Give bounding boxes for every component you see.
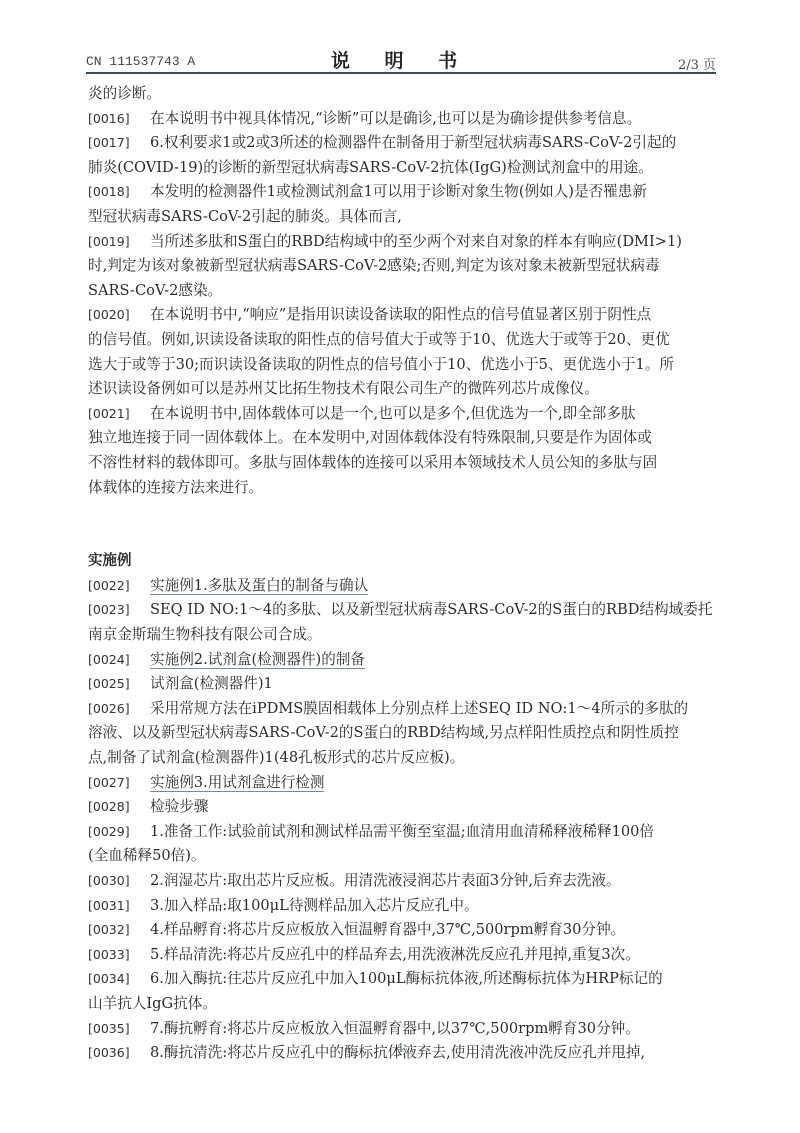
paragraph-text: 体载体的连接方法来进行。 <box>88 479 263 496</box>
paragraph-line: 6.加入酶抗:往芯片反应孔中加入100μL酶标抗体液,所述酶标抗体为HRP标记的 <box>88 967 716 992</box>
document-body: 炎的诊断。 [0016]在本说明书中视具体情况,“诊断”可以是确诊,也可以是为确… <box>88 82 716 1066</box>
paragraph-text: 4.样品孵育:将芯片反应板放入恒温孵育器中,37℃,500rpm孵育30分钟。 <box>150 921 625 938</box>
paragraph-line: 选大于或等于30;而识读设备读取的阴性点的信号值小于10、优选小于5、更优选小于… <box>88 353 716 378</box>
paragraph-text: 溶液、以及新型冠状病毒SARS-CoV-2的S蛋白的RBD结构域,另点样阳性质控… <box>88 724 679 741</box>
paragraph: [0033]5.样品清洗:将芯片反应孔中的样品弃去,用洗液淋洗反应孔并甩掉,重复… <box>88 943 716 968</box>
example-heading: 实施例3.用试剂盒进行检测 <box>150 774 324 791</box>
paragraph: [0016]在本说明书中视具体情况,“诊断”可以是确诊,也可以是为确诊提供参考信… <box>88 107 716 132</box>
paragraph-line: 本发明的检测器件1或检测试剂盒1可以用于诊断对象生物(例如人)是否罹患新 <box>88 180 716 205</box>
paragraph-text: 在本说明书中,固体载体可以是一个,也可以是多个,但优选为一个,即全部多肽 <box>150 405 636 422</box>
paragraph-line: 山羊抗人IgG抗体。 <box>88 992 716 1017</box>
paragraph-line: 7.酶抗孵育:将芯片反应板放入恒温孵育器中,以37℃,500rpm孵育30分钟。 <box>88 1017 716 1042</box>
paragraph-line: 在本说明书中,“响应”是指用识读设备读取的阳性点的信号值显著区别于阴性点 <box>88 303 716 328</box>
paragraph-text: 本发明的检测器件1或检测试剂盒1可以用于诊断对象生物(例如人)是否罹患新 <box>150 183 647 200</box>
paragraph: [0018]本发明的检测器件1或检测试剂盒1可以用于诊断对象生物(例如人)是否罹… <box>88 180 716 229</box>
paragraph-line: 时,判定为该对象被新型冠状病毒SARS-CoV-2感染;否则,判定为该对象未被新… <box>88 254 716 279</box>
paragraph-line: (全血稀释50倍)。 <box>88 844 716 869</box>
paragraph-line: 肺炎(COVID-19)的诊断的新型冠状病毒SARS-CoV-2抗体(IgG)检… <box>88 156 716 181</box>
paragraph-text: 选大于或等于30;而识读设备读取的阴性点的信号值小于10、优选小于5、更优选小于… <box>88 356 674 373</box>
paragraph-line: 1.准备工作:试验前试剂和测试样品需平衡至室温;血清用血清稀释液稀释100倍 <box>88 820 716 845</box>
paragraph: [0030]2.润湿芯片:取出芯片反应板。用清洗液浸润芯片表面3分钟,后弃去洗液… <box>88 869 716 894</box>
paragraph-line: 4.样品孵育:将芯片反应板放入恒温孵育器中,37℃,500rpm孵育30分钟。 <box>88 918 716 943</box>
paragraph-line: 点,制备了试剂盒(检测器件)1(48孔板形式的芯片反应板)。 <box>88 746 716 771</box>
paragraph-text: 在本说明书中,“响应”是指用识读设备读取的阳性点的信号值显著区别于阴性点 <box>150 306 651 323</box>
paragraph-line: 实施例1.多肽及蛋白的制备与确认 <box>88 574 716 599</box>
paragraph-text: 在本说明书中视具体情况,“诊断”可以是确诊,也可以是为确诊提供参考信息。 <box>150 110 641 127</box>
paragraph-text: 3.加入样品:取100μL待测样品加入芯片反应孔中。 <box>150 897 479 914</box>
page-header: CN 111537743 A 说 明 书 2/3 页 <box>86 46 716 72</box>
paragraph: [0023]SEQ ID NO:1～4的多肽、以及新型冠状病毒SARS-CoV-… <box>88 598 716 647</box>
paragraph-line: 南京金斯瑞生物科技有限公司合成。 <box>88 623 716 648</box>
paragraph-line: 体载体的连接方法来进行。 <box>88 476 716 501</box>
paragraph-text: SARS-CoV-2感染。 <box>88 282 222 299</box>
paragraph-line: 型冠状病毒SARS-CoV-2引起的肺炎。具体而言, <box>88 205 716 230</box>
paragraphs-top: [0016]在本说明书中视具体情况,“诊断”可以是确诊,也可以是为确诊提供参考信… <box>88 107 716 501</box>
paragraph-line: SARS-CoV-2感染。 <box>88 279 716 304</box>
paragraph-line: 3.加入样品:取100μL待测样品加入芯片反应孔中。 <box>88 894 716 919</box>
paragraph-text: 1.准备工作:试验前试剂和测试样品需平衡至室温;血清用血清稀释液稀释100倍 <box>150 823 654 840</box>
example-heading: 实施例2.试剂盒(检测器件)的制备 <box>150 651 365 668</box>
paragraph-text: 山羊抗人IgG抗体。 <box>88 995 217 1012</box>
paragraph-text: 不溶性材料的载体即可。多肽与固体载体的连接可以采用本领域技术人员公知的多肽与固 <box>88 454 657 471</box>
paragraphs-bottom: [0022]实施例1.多肽及蛋白的制备与确认[0023]SEQ ID NO:1～… <box>88 574 716 1066</box>
paragraph-line: 溶液、以及新型冠状病毒SARS-CoV-2的S蛋白的RBD结构域,另点样阳性质控… <box>88 721 716 746</box>
paragraph: [0029]1.准备工作:试验前试剂和测试样品需平衡至室温;血清用血清稀释液稀释… <box>88 820 716 869</box>
paragraph-line: 当所述多肽和S蛋白的RBD结构域中的至少两个对来自对象的样本有响应(DMI>1) <box>88 230 716 255</box>
paragraph-line: 6.权利要求1或2或3所述的检测器件在制备用于新型冠状病毒SARS-CoV-2引… <box>88 131 716 156</box>
paragraph-text: 2.润湿芯片:取出芯片反应板。用清洗液浸润芯片表面3分钟,后弃去洗液。 <box>150 872 621 889</box>
paragraph-line: SEQ ID NO:1～4的多肽、以及新型冠状病毒SARS-CoV-2的S蛋白的… <box>88 598 716 623</box>
paragraph: [0021]在本说明书中,固体载体可以是一个,也可以是多个,但优选为一个,即全部… <box>88 402 716 500</box>
paragraph-text: 7.酶抗孵育:将芯片反应板放入恒温孵育器中,以37℃,500rpm孵育30分钟。 <box>150 1020 640 1037</box>
header-rule <box>86 72 716 74</box>
paragraph: [0025]试剂盒(检测器件)1 <box>88 672 716 697</box>
paragraph-text: 当所述多肽和S蛋白的RBD结构域中的至少两个对来自对象的样本有响应(DMI>1) <box>150 233 682 250</box>
paragraph-line: 的信号值。例如,识读设备读取的阳性点的信号值大于或等于10、优选大于或等于20、… <box>88 328 716 353</box>
paragraph-line: 独立地连接于同一固体载体上。在本发明中,对固体载体没有特殊限制,只要是作为固体或 <box>88 426 716 451</box>
paragraph-line: 采用常规方法在iPDMS膜固相载体上分别点样上述SEQ ID NO:1～4所示的… <box>88 697 716 722</box>
page-number: 4 <box>0 1041 800 1055</box>
paragraph: [0017]6.权利要求1或2或3所述的检测器件在制备用于新型冠状病毒SARS-… <box>88 131 716 180</box>
paragraph: [0035]7.酶抗孵育:将芯片反应板放入恒温孵育器中,以37℃,500rpm孵… <box>88 1017 716 1042</box>
paragraph: [0019]当所述多肽和S蛋白的RBD结构域中的至少两个对来自对象的样本有响应(… <box>88 230 716 304</box>
paragraph-text: 采用常规方法在iPDMS膜固相载体上分别点样上述SEQ ID NO:1～4所示的… <box>150 700 688 717</box>
paragraph-text: 5.样品清洗:将芯片反应孔中的样品弃去,用洗液淋洗反应孔并甩掉,重复3次。 <box>150 946 640 963</box>
paragraph-text: 述识读设备例如可以是苏州艾比拓生物技术有限公司生产的微阵列芯片成像仪。 <box>88 380 599 397</box>
paragraph-text: 试剂盒(检测器件)1 <box>150 675 273 692</box>
paragraph-text: (全血稀释50倍)。 <box>88 847 206 864</box>
paragraph: [0024]实施例2.试剂盒(检测器件)的制备 <box>88 648 716 673</box>
paragraph: [0027]实施例3.用试剂盒进行检测 <box>88 771 716 796</box>
paragraph-line: 实施例3.用试剂盒进行检测 <box>88 771 716 796</box>
paragraph-line: 2.润湿芯片:取出芯片反应板。用清洗液浸润芯片表面3分钟,后弃去洗液。 <box>88 869 716 894</box>
paragraph-text: 肺炎(COVID-19)的诊断的新型冠状病毒SARS-CoV-2抗体(IgG)检… <box>88 159 653 176</box>
paragraph: [0031]3.加入样品:取100μL待测样品加入芯片反应孔中。 <box>88 894 716 919</box>
example-heading: 实施例1.多肽及蛋白的制备与确认 <box>150 577 368 594</box>
paragraph: [0026]采用常规方法在iPDMS膜固相载体上分别点样上述SEQ ID NO:… <box>88 697 716 771</box>
paragraph-line: 在本说明书中,固体载体可以是一个,也可以是多个,但优选为一个,即全部多肽 <box>88 402 716 427</box>
paragraph: [0022]实施例1.多肽及蛋白的制备与确认 <box>88 574 716 599</box>
paragraph-line: 实施例2.试剂盒(检测器件)的制备 <box>88 648 716 673</box>
paragraph-text: 时,判定为该对象被新型冠状病毒SARS-CoV-2感染;否则,判定为该对象未被新… <box>88 257 660 274</box>
paragraph: [0028]检验步骤 <box>88 795 716 820</box>
paragraph: [0020]在本说明书中,“响应”是指用识读设备读取的阳性点的信号值显著区别于阴… <box>88 303 716 401</box>
paragraph-text: 6.权利要求1或2或3所述的检测器件在制备用于新型冠状病毒SARS-CoV-2引… <box>150 134 676 151</box>
paragraph: [0032]4.样品孵育:将芯片反应板放入恒温孵育器中,37℃,500rpm孵育… <box>88 918 716 943</box>
paragraph-text: 型冠状病毒SARS-CoV-2引起的肺炎。具体而言, <box>88 208 402 225</box>
paragraph-text: 点,制备了试剂盒(检测器件)1(48孔板形式的芯片反应板)。 <box>88 749 464 766</box>
paragraph-text: 6.加入酶抗:往芯片反应孔中加入100μL酶标抗体液,所述酶标抗体为HRP标记的 <box>150 970 663 987</box>
paragraph-line: 检验步骤 <box>88 795 716 820</box>
page-indicator: 2/3 页 <box>678 54 716 73</box>
paragraph-line: 述识读设备例如可以是苏州艾比拓生物技术有限公司生产的微阵列芯片成像仪。 <box>88 377 716 402</box>
document-title: 说 明 书 <box>86 46 716 73</box>
continuation-line: 炎的诊断。 <box>88 82 716 107</box>
paragraph-text: 的信号值。例如,识读设备读取的阳性点的信号值大于或等于10、优选大于或等于20、… <box>88 331 670 348</box>
blank-line <box>88 500 716 525</box>
paragraph-line: 不溶性材料的载体即可。多肽与固体载体的连接可以采用本领域技术人员公知的多肽与固 <box>88 451 716 476</box>
paragraph-text: 南京金斯瑞生物科技有限公司合成。 <box>88 626 322 643</box>
paragraph-text: 独立地连接于同一固体载体上。在本发明中,对固体载体没有特殊限制,只要是作为固体或 <box>88 429 652 446</box>
section-heading: 实施例 <box>88 549 716 574</box>
paragraph-line: 5.样品清洗:将芯片反应孔中的样品弃去,用洗液淋洗反应孔并甩掉,重复3次。 <box>88 943 716 968</box>
paragraph-line: 试剂盒(检测器件)1 <box>88 672 716 697</box>
paragraph: [0034]6.加入酶抗:往芯片反应孔中加入100μL酶标抗体液,所述酶标抗体为… <box>88 967 716 1016</box>
paragraph-line: 在本说明书中视具体情况,“诊断”可以是确诊,也可以是为确诊提供参考信息。 <box>88 107 716 132</box>
paragraph-text: SEQ ID NO:1～4的多肽、以及新型冠状病毒SARS-CoV-2的S蛋白的… <box>150 601 712 618</box>
paragraph-text: 检验步骤 <box>150 798 208 815</box>
